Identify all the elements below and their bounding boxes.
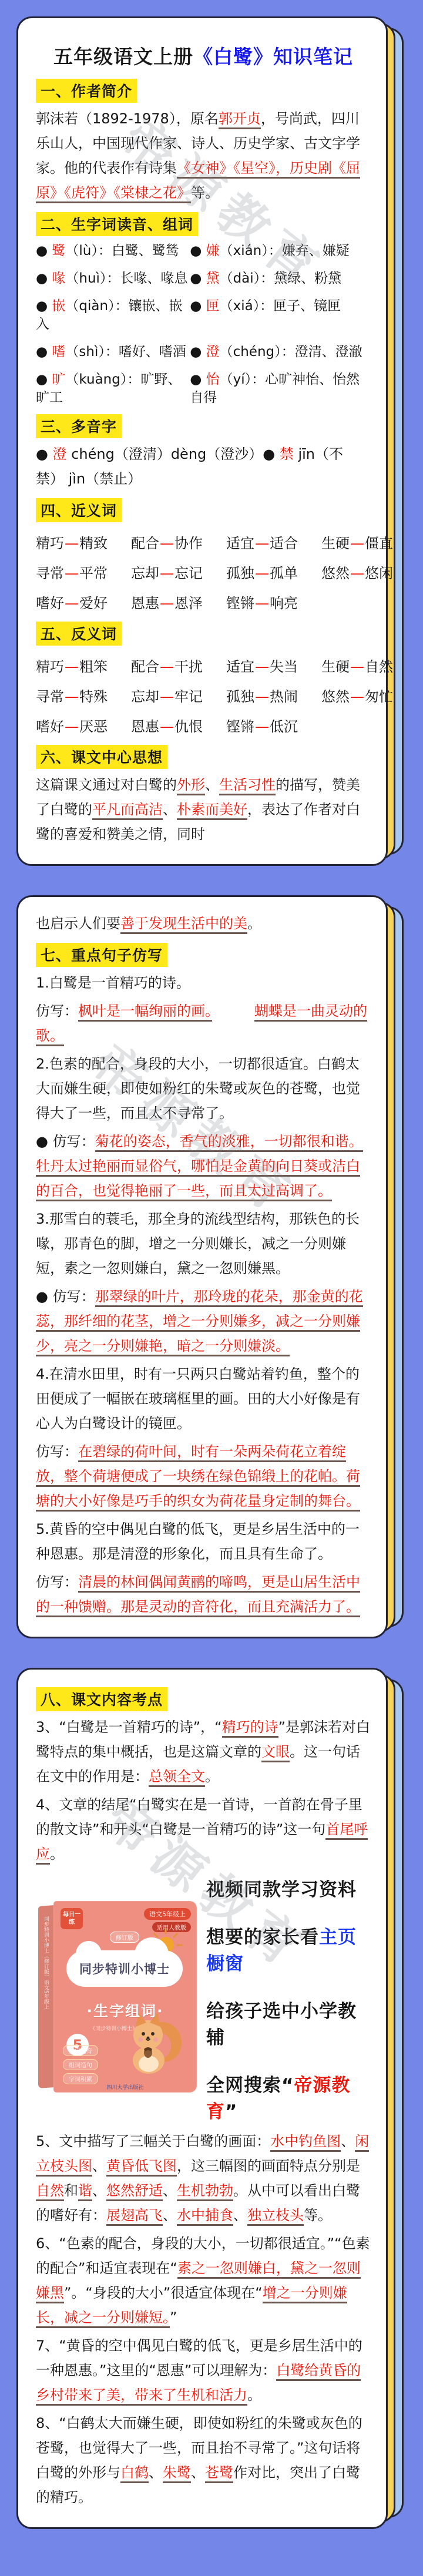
dash: —: [255, 595, 269, 612]
vocab-item: ● 嵌（qiàn）：镶嵌、嵌入: [36, 297, 190, 334]
text-segment: 全网搜索“: [206, 2075, 294, 2096]
dash: —: [255, 688, 269, 705]
page-title: 五年级语文上册《白鹭》知识笔记: [36, 42, 371, 69]
book-front-cover: 每日一练 语文5年级上 适用人教版 修订版: [53, 1901, 197, 2093]
text-segment: 想要的家长看: [206, 1927, 319, 1948]
word: 生硬: [321, 535, 350, 552]
paragraph: 仿写：清晨的林间偶闻黄鹂的啼鸣，更是山居生活中的一种馈赠。那是灵动的音符化，而且…: [36, 1570, 371, 1619]
section-heading: 三、多音字: [36, 414, 122, 438]
dash: —: [160, 595, 174, 612]
word-pair-row: 嗜好—厌恶恩惠—仇恨铿锵—低沉: [36, 715, 371, 735]
text-segment: ●: [190, 372, 206, 387]
text-segment: 郭沫若（1892-1978），原名: [36, 110, 219, 127]
dash: —: [65, 659, 79, 675]
dash: —: [160, 565, 174, 582]
text-segment: 、: [191, 2464, 205, 2481]
word-pair: 铿锵—响亮: [226, 592, 298, 612]
text-segment: 鹭: [52, 243, 65, 258]
text-segment: 生机勃勃: [177, 2182, 233, 2201]
feature-tag: 组词造句: [63, 2059, 98, 2070]
word: 寻常: [36, 688, 64, 705]
vocab-item: ● 匣（xiá）：匣子、镜匣: [190, 297, 371, 334]
word: 仇恨: [174, 718, 203, 735]
paragraph: 3、“白鹭是一首精巧的诗”，“精巧的诗”是郭沫若对白鹭特点的集中概括，也是这篇文…: [36, 1715, 371, 1789]
paragraph: 6、“色素的配合，身段的大小，一切都很适宜。”“色素的配合”和适宜表现在“素之一…: [36, 2231, 371, 2330]
word: 嗜好: [36, 595, 64, 612]
section-heading: 六、课文中心思想: [36, 745, 167, 769]
section-heading-row: 七、重点句子仿写: [36, 943, 371, 967]
text-segment: 《白鹭》知识笔记: [193, 45, 353, 68]
vocab-item: ● 嫌（xián）：嫌弃、嫌疑: [190, 242, 371, 260]
text-segment: （chéng）：澄清、澄澈: [220, 344, 362, 360]
text-segment: 5、文中描写了三幅关于白鹭的画面：: [36, 2133, 270, 2150]
word: 悠然: [321, 565, 350, 582]
text-segment: 、: [149, 2464, 163, 2481]
card1-content: 一、作者简介郭沫若（1892-1978），原名郭开贞，号尚武，四川乐山人，中国现…: [36, 79, 371, 847]
text-segment: 、: [92, 2158, 106, 2174]
word-pairs: 精巧—粗笨配合—干扰适宜—失当生硬—自然寻常—特殊忘却—牢记孤独—热闹悠然—匆忙…: [36, 655, 371, 735]
text-segment: 嗜: [52, 344, 65, 360]
dash: —: [350, 659, 364, 675]
promo-line: 全网搜索“帝源教育”: [206, 2070, 371, 2123]
word-pair: 孤独—孤单: [226, 562, 298, 582]
paragraph: 2.色素的配合，身段的大小，一切都很适宜。白鹤太大而嫌生硬，即使如粉红的朱鹭或灰…: [36, 1052, 371, 1126]
word: 匆忙: [365, 688, 393, 705]
vocab-item: ● 鹭（lù）：白鹭、鹭鸶: [36, 242, 190, 260]
section-heading: 二、生字词读音、组词: [36, 212, 198, 236]
section-heading-row: 五、反义词: [36, 622, 371, 646]
text-segment: （dài）：黛绿、粉黛: [220, 271, 342, 286]
text-segment: 也启示人们要: [36, 915, 120, 932]
dash: —: [65, 565, 79, 582]
word-pair: 寻常—特殊: [36, 685, 108, 706]
vocab-grid: ● 鹭（lù）：白鹭、鹭鸶● 嫌（xián）：嫌弃、嫌疑● 喙（huì）：长喙、…: [36, 242, 371, 407]
word-pair: 悠然—悠闲: [321, 562, 393, 582]
text-segment: ●: [190, 298, 206, 314]
word: 配合: [131, 659, 159, 675]
word: 适宜: [226, 659, 254, 675]
text-segment: 澄: [206, 344, 220, 360]
text-segment: 仿写：: [36, 1574, 78, 1590]
text-segment: 悠然舒适: [106, 2182, 163, 2201]
text-segment: [212, 1003, 254, 1019]
word: 热闹: [270, 688, 298, 705]
text-segment: 谐: [78, 2182, 92, 2201]
promo-line: 视频同款学习资料: [206, 1875, 371, 1901]
vocab-item: ● 澄（chéng）：澄清、澄澈: [190, 343, 371, 361]
text-segment: chéng（澄清）dèng（澄沙）●: [67, 446, 280, 462]
word: 忘却: [131, 565, 159, 582]
paragraph: 4.在清水田里，时有一只两只白鹭站着钓鱼，整个的田便成了一幅嵌在玻璃框里的画。田…: [36, 1362, 371, 1436]
vocab-item: ● 嗜（shì）：嗜好、嗜酒: [36, 343, 190, 361]
text-segment: （lù）：白鹭、鹭鸶: [65, 243, 179, 258]
section-heading-row: 一、作者简介: [36, 79, 371, 103]
word: 协作: [174, 535, 203, 552]
word: 生硬: [321, 659, 350, 675]
text-segment: 匣: [206, 298, 220, 314]
text-segment: 。: [247, 2387, 261, 2403]
word-pair: 嗜好—厌恶: [36, 715, 108, 735]
dash: —: [65, 595, 79, 612]
text-segment: 仿写：: [36, 1443, 78, 1460]
vocab-item: ● 怡（yí）：心旷神怡、怡然自得: [190, 371, 371, 407]
word-pair-row: 寻常—特殊忘却—牢记孤独—热闹悠然—匆忙: [36, 685, 371, 706]
text-segment: 黄昏低飞图: [106, 2158, 177, 2177]
text-segment: 这篇课文通过对白鹭的: [36, 777, 177, 793]
dash: —: [350, 535, 364, 552]
word: 粗笨: [79, 659, 108, 675]
text-segment: 4、文章的结尾“白鹭实在是一首诗，一首韵在骨子里的散文诗”和开头“白鹭是一首精巧…: [36, 1796, 362, 1838]
text-segment: 清晨的林间偶闻黄鹂的啼鸣，更是山居生活中的一种馈赠。那是灵动的音符化，而且充满活…: [36, 1574, 360, 1617]
dash: —: [160, 718, 174, 735]
word-pair: 生硬—自然: [321, 655, 393, 676]
text-segment: ”。“身段的大小”很适宜体现在“: [64, 2285, 263, 2301]
paragraph: 4、文章的结尾“白鹭实在是一首诗，一首韵在骨子里的散文诗”和开头“白鹭是一首精巧…: [36, 1792, 371, 1866]
card3-content-top: 八、课文内容考点3、“白鹭是一首精巧的诗”，“精巧的诗”是郭沫若对白鹭特点的集中…: [36, 1687, 371, 1866]
paragraph: 7、“黄昏的空中偶见白鹭的低飞，更是乡居生活中的一种恩惠。”这里的“恩惠”可以理…: [36, 2333, 371, 2407]
text-segment: 善于发现生活中的美: [120, 915, 247, 934]
dash: —: [65, 535, 79, 552]
section-heading-row: 六、课文中心思想: [36, 745, 371, 769]
word: 牢记: [174, 688, 203, 705]
paragraph: ● 仿写：那翠绿的叶片，那玲珑的花朵，那金黄的花蕊，那纤细的花茎，增之一分则嫌多…: [36, 1284, 371, 1358]
text-segment: 精巧的诗: [222, 1719, 278, 1738]
book-feature-tags: 生字注音 组词造句 字词积累: [63, 2045, 98, 2084]
word: 爱好: [79, 595, 108, 612]
word: 僵直: [365, 535, 393, 552]
text-segment: ●: [36, 372, 52, 387]
word: 嗜好: [36, 718, 64, 735]
dash: —: [350, 688, 364, 705]
paragraph: 8、“白鹤太大而嫌生硬，即使如粉红的朱鹭或灰色的苍鹭，也觉得大了一些，而且抬不寻…: [36, 2411, 371, 2510]
text-segment: ●: [36, 446, 53, 462]
promo-line: 想要的家长看主页橱窗: [206, 1922, 371, 1975]
text-segment: 。: [205, 1768, 219, 1785]
text-segment: 枫叶是一幅绚丽的画。: [78, 1003, 212, 1022]
text-segment: 、: [205, 777, 219, 793]
word: 特殊: [79, 688, 108, 705]
text-segment: 黛: [206, 271, 220, 286]
text-segment: ●: [190, 344, 206, 360]
section-heading: 七、重点句子仿写: [36, 943, 167, 967]
text-segment: 总领全文: [149, 1768, 205, 1787]
word: 寻常: [36, 565, 64, 582]
grade-badge: 语文5年级上: [144, 1908, 191, 1920]
text-segment: 1.白鹭是一首精巧的诗。: [36, 975, 190, 991]
text-segment: 4.在清水田里，时有一只两只白鹭站着钓鱼，整个的田便成了一幅嵌在玻璃框里的画。田…: [36, 1366, 360, 1432]
word: 铿锵: [226, 718, 254, 735]
word-pair: 孤独—热闹: [226, 685, 298, 706]
word: 精巧: [36, 535, 64, 552]
text-segment: 5.黄昏的空中偶见白鹭的低飞，更是乡居生活中的一种恩惠。那是清澄的形象化，而且具…: [36, 1521, 360, 1562]
text-segment: 嫌: [206, 243, 220, 258]
text-segment: 、: [163, 801, 177, 818]
notes-card-1: 帝源教育 五年级语文上册《白鹭》知识笔记 一、作者简介郭沫若（1892-1978…: [16, 16, 388, 866]
text-segment: 水中捕食: [177, 2207, 233, 2226]
text-segment: （xiá）：匣子、镜匣: [220, 298, 341, 314]
word-pair: 精巧—粗笨: [36, 655, 108, 676]
section-heading: 四、近义词: [36, 498, 122, 522]
word: 适宜: [226, 535, 254, 552]
word: 悠闲: [365, 565, 393, 582]
text-segment: 等。: [191, 184, 219, 201]
text-segment: ●: [36, 271, 52, 286]
text-segment: 文眼: [261, 1744, 290, 1762]
word-pair: 恩惠—仇恨: [131, 715, 203, 735]
text-segment: ●: [190, 243, 206, 258]
section-heading-row: 三、多音字: [36, 414, 371, 438]
text-segment: 2.色素的配合，身段的大小，一切都很适宜。白鹤太大而嫌生硬，即使如粉红的朱鹭或灰…: [36, 1056, 360, 1121]
text-segment: 展翅高飞: [106, 2207, 163, 2226]
paragraph: ● 澄 chéng（澄清）dèng（澄沙）● 禁 jīn（不禁） jìn（禁止）: [36, 442, 371, 491]
word: 孤独: [226, 688, 254, 705]
text-segment: 、: [341, 2133, 355, 2150]
text-segment: ”: [170, 2309, 177, 2326]
dash: —: [160, 659, 174, 675]
word: 响亮: [270, 595, 298, 612]
card3-content-bottom: 5、文中描写了三幅关于白鹭的画面：水中钓鱼图、闲立枝头图、黄昏低飞图，这三幅图的…: [36, 2129, 371, 2510]
text-segment: 朴素而美好: [177, 801, 247, 820]
notes-card-2: 帝源教育 也启示人们要善于发现生活中的美。七、重点句子仿写1.白鹭是一首精巧的诗…: [16, 895, 388, 1638]
text-segment: 澄: [53, 446, 67, 462]
paragraph: 郭沫若（1892-1978），原名郭开贞，号尚武，四川乐山人，中国现代作家、诗人…: [36, 106, 371, 205]
text-segment: 自然: [36, 2182, 64, 2201]
dash: —: [255, 718, 269, 735]
text-segment: 、: [163, 2182, 177, 2199]
dash: —: [65, 718, 79, 735]
word: 配合: [131, 535, 159, 552]
word: 恩惠: [131, 595, 159, 612]
word: 忘记: [174, 565, 203, 582]
text-segment: 和: [64, 2182, 78, 2199]
text-segment: （shì）：嗜好、嗜酒: [65, 344, 186, 360]
word-pair-row: 精巧—精致配合—协作适宜—适合生硬—僵直: [36, 532, 371, 552]
dash: —: [65, 688, 79, 705]
text-segment: （huì）：长喙、喙息: [65, 271, 187, 286]
text-segment: ● 仿写：: [36, 1133, 95, 1150]
word-pair: 精巧—精致: [36, 532, 108, 552]
paragraph: 1.白鹭是一首精巧的诗。: [36, 970, 371, 995]
word-pair: 恩惠—恩泽: [131, 592, 203, 612]
book-subtitle: ·生字组词·: [53, 2000, 197, 2021]
word: 厌恶: [79, 718, 108, 735]
dash: —: [255, 565, 269, 582]
text-segment: 在碧绿的荷叶间，时有一朵两朵荷花立着绽放，整个荷塘便成了一块绣在绿色锦缎上的花帕…: [36, 1443, 360, 1512]
vocab-item: ● 旷（kuàng）：旷野、旷工: [36, 371, 190, 407]
paragraph: 5.黄昏的空中偶见白鹭的低飞，更是乡居生活中的一种恩惠。那是清澄的形象化，而且具…: [36, 1517, 371, 1566]
text-segment: 、: [233, 2207, 247, 2224]
paragraph: 3.那雪白的蓑毛，那全身的流线型结构，那铁色的长喙，那青色的脚，增之一分则嫌长，…: [36, 1207, 371, 1281]
text-segment: ，这三幅图的画面特点分别是: [177, 2158, 360, 2174]
text-segment: ”: [225, 2101, 237, 2122]
word-pair-row: 精巧—粗笨配合—干扰适宜—失当生硬—自然: [36, 655, 371, 676]
word-pair: 配合—协作: [131, 532, 203, 552]
word: 孤单: [270, 565, 298, 582]
revision-badge: 修订版: [110, 1932, 139, 1943]
promo-lines: 视频同款学习资料 想要的家长看主页橱窗 给孩子选中小学教辅 全网搜索“帝源教育”: [206, 1875, 371, 2123]
word-pair-row: 寻常—平常忘却—忘记孤独—孤单悠然—悠闲: [36, 562, 371, 582]
word: 失当: [270, 659, 298, 675]
word: 平常: [79, 565, 108, 582]
paragraph: ● 仿写：菊花的姿态，香气的淡雅，一切都很和谐。牡丹太过艳丽而显俗气，哪怕是金黄…: [36, 1129, 371, 1203]
notes-card-3: 帝源教育 八、课文内容考点3、“白鹭是一首精巧的诗”，“精巧的诗”是郭沫若对白鹭…: [16, 1668, 388, 2529]
title-cloud: 修订版 同步特训小博士: [66, 1950, 183, 1987]
text-segment: ●: [190, 271, 206, 286]
word-pair: 适宜—失当: [226, 655, 298, 676]
dash: —: [160, 688, 174, 705]
daily-practice-badge: 每日一练: [61, 1908, 83, 1929]
book-cover: 同步特训小博士（修订版）语文5年级上 每日一练 语文5年级上 适用人教版: [36, 1901, 198, 2097]
promo-section: 同步特训小博士（修订版）语文5年级上 每日一练 语文5年级上 适用人教版: [36, 1875, 371, 2123]
word: 精致: [79, 535, 108, 552]
feature-tag: 生字注音: [63, 2045, 98, 2056]
paragraph: 也启示人们要善于发现生活中的美。: [36, 911, 371, 936]
text-segment: 等。: [304, 2207, 332, 2224]
vocab-item: ● 黛（dài）：黛绿、粉黛: [190, 270, 371, 288]
word-pair: 悠然—匆忙: [321, 685, 393, 706]
vocab-item: ● 喙（huì）：长喙、喙息: [36, 270, 190, 288]
word-pair: 寻常—平常: [36, 562, 108, 582]
word-pair: 忘却—忘记: [131, 562, 203, 582]
word-pair-row: 嗜好—爱好恩惠—恩泽铿锵—响亮: [36, 592, 371, 612]
section-heading: 一、作者简介: [36, 79, 137, 103]
word-pair: 铿锵—低沉: [226, 715, 298, 735]
text-segment: 旷: [52, 372, 65, 387]
word-pair: 配合—干扰: [131, 655, 203, 676]
text-segment: 生活习性: [219, 777, 276, 795]
word: 铿锵: [226, 595, 254, 612]
text-segment: 给孩子选中小学教辅: [206, 2001, 357, 2048]
text-segment: 朱鹭: [163, 2464, 191, 2483]
paragraph: 仿写：在碧绿的荷叶间，时有一朵两朵荷花立着绽放，整个荷塘便成了一块绣在绿色锦缎上…: [36, 1439, 371, 1513]
word: 自然: [365, 659, 393, 675]
text-segment: 郭开贞: [219, 110, 261, 129]
paragraph: 5、文中描写了三幅关于白鹭的画面：水中钓鱼图、闲立枝头图、黄昏低飞图，这三幅图的…: [36, 2129, 371, 2228]
text-segment: 、: [92, 2182, 106, 2199]
text-segment: 喙: [52, 271, 65, 286]
text-segment: 苍鹭: [205, 2464, 233, 2483]
text-segment: 怡: [206, 372, 220, 387]
word: 精巧: [36, 659, 64, 675]
dash: —: [255, 535, 269, 552]
word: 恩惠: [131, 718, 159, 735]
word-pair: 嗜好—爱好: [36, 592, 108, 612]
text-segment: 仿写：: [36, 1003, 78, 1019]
text-segment: 独立枝头: [247, 2207, 304, 2226]
word-pair: 生硬—僵直: [321, 532, 393, 552]
text-segment: （xián）：嫌弃、嫌疑: [220, 243, 350, 258]
dash: —: [160, 535, 174, 552]
text-segment: 外形: [177, 777, 205, 795]
word-pair: 适宜—适合: [226, 532, 298, 552]
word-pair: 忘却—牢记: [131, 685, 203, 706]
section-heading-row: 八、课文内容考点: [36, 1687, 371, 1711]
text-segment: 平凡而高洁: [92, 801, 163, 820]
book-title: 同步特训小博士: [79, 1960, 170, 1977]
text-segment: 、: [163, 2207, 177, 2224]
text-segment: 禁: [280, 446, 294, 462]
text-segment: ● 仿写：: [36, 1288, 95, 1305]
text-segment: 白鹤: [120, 2464, 149, 2483]
book-spine-text: 同步特训小博士（修订版）语文5年级上: [42, 1916, 50, 2081]
text-segment: 五年级语文上册: [53, 45, 193, 68]
text-segment: 水中钓鱼图: [270, 2133, 341, 2152]
word-pairs: 精巧—精致配合—协作适宜—适合生硬—僵直寻常—平常忘却—忘记孤独—孤单悠然—悠闲…: [36, 532, 371, 612]
dash: —: [255, 659, 269, 675]
section-heading-row: 四、近义词: [36, 498, 371, 522]
publisher: 四川大学出版社: [53, 2083, 197, 2091]
word: 恩泽: [174, 595, 203, 612]
paragraph: 这篇课文通过对白鹭的外形、生活习性的描写，赞美了白鹭的平凡而高洁、朴素而美好，表…: [36, 773, 371, 847]
section-heading: 八、课文内容考点: [36, 1687, 167, 1711]
section-heading: 五、反义词: [36, 622, 122, 646]
word: 干扰: [174, 659, 203, 675]
card2-content: 也启示人们要善于发现生活中的美。七、重点句子仿写1.白鹭是一首精巧的诗。仿写：枫…: [36, 911, 371, 1619]
word: 忘却: [131, 688, 159, 705]
text-segment: 。: [247, 915, 261, 932]
text-segment: 视频同款学习资料: [206, 1879, 357, 1900]
word: 适合: [270, 535, 298, 552]
text-segment: 3.那雪白的蓑毛，那全身的流线型结构，那铁色的长喙，那青色的脚，增之一分则嫌长，…: [36, 1211, 360, 1277]
word: 悠然: [321, 688, 350, 705]
text-segment: ●: [36, 243, 52, 258]
text-segment: 嵌: [52, 298, 65, 314]
paragraph: 仿写：枫叶是一幅绚丽的画。 蝴蝶是一曲灵动的歌。: [36, 999, 371, 1048]
text-segment: 3、“白鹭是一首精巧的诗”，“: [36, 1719, 222, 1735]
dash: —: [350, 565, 364, 582]
word: 孤独: [226, 565, 254, 582]
text-segment: 。: [50, 1846, 64, 1862]
text-segment: ●: [36, 298, 52, 314]
section-heading-row: 二、生字词读音、组词: [36, 212, 371, 236]
promo-line: 给孩子选中小学教辅: [206, 1996, 371, 2049]
word: 低沉: [270, 718, 298, 735]
text-segment: ●: [36, 344, 52, 360]
